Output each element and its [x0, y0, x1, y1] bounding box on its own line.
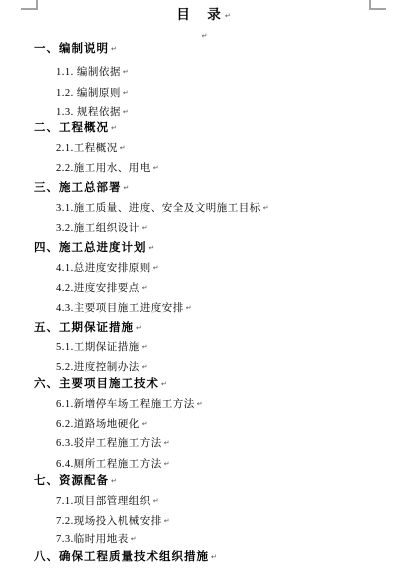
item-text: 1.2. 编制原则 [56, 88, 121, 99]
item-text: 5.2.进度控制办法 [56, 362, 140, 373]
paragraph-mark-icon: ↵ [111, 45, 117, 53]
item-text: 2.2.施工用水、用电 [56, 163, 151, 174]
paragraph-mark-icon: ↵ [123, 108, 129, 116]
heading-text: 八、确保工程质量技术组织措施 [34, 551, 209, 563]
paragraph-mark-icon: ↵ [164, 517, 170, 525]
toc-section-heading-8: 八、确保工程质量技术组织措施↵ [34, 551, 217, 564]
item-text: 7.2.现场投入机械安排 [56, 516, 162, 527]
item-text: 5.1.工期保证措施 [56, 342, 140, 353]
item-text: 6.2.道路场地硬化 [56, 419, 140, 430]
toc-item-7-1: 7.1.项目部管理组织↵ [56, 495, 159, 508]
paragraph-mark-icon: ↵ [153, 164, 159, 172]
toc-section-heading-5: 五、工期保证措施↵ [34, 322, 142, 335]
paragraph-mark-icon: ↵ [131, 535, 137, 543]
item-text: 6.4.厕所工程施工方法 [56, 459, 162, 470]
heading-text: 一、编制说明 [34, 43, 109, 55]
toc-item-7-2: 7.2.现场投入机械安排↵ [56, 515, 170, 528]
toc-item-6-1: 6.1.新增停车场工程施工方法↵ [56, 398, 203, 411]
item-text: 1.3. 规程依据 [56, 107, 121, 118]
toc-item-5-1: 5.1.工期保证措施↵ [56, 341, 148, 354]
document-page: 目 录↵ ↵ 一、编制说明↵ 1.1. 编制依据↵ 1.2. 编制原则↵ 1.3… [0, 0, 407, 577]
heading-text: 二、工程概况 [34, 122, 109, 134]
paragraph-mark-icon: ↵ [124, 184, 130, 192]
heading-text: 三、施工总部署 [34, 182, 122, 194]
paragraph-mark-icon: ↵ [136, 324, 142, 332]
toc-item-1-2: 1.2. 编制原则↵ [56, 87, 129, 100]
toc-section-heading-7: 七、资源配备↵ [34, 475, 117, 488]
toc-item-2-2: 2.2.施工用水、用电↵ [56, 162, 159, 175]
paragraph-mark-icon: ↵ [197, 400, 203, 408]
toc-section-heading-2: 二、工程概况↵ [34, 122, 117, 135]
item-text: 7.1.项目部管理组织 [56, 496, 151, 507]
empty-paragraph: ↵ [0, 28, 407, 43]
paragraph-mark-icon: ↵ [142, 420, 148, 428]
toc-item-6-4: 6.4.厕所工程施工方法↵ [56, 458, 170, 471]
toc-section-heading-3: 三、施工总部署↵ [34, 182, 129, 195]
item-text: 2.1.工程概况 [56, 143, 118, 154]
paragraph-mark-icon: ↵ [164, 460, 170, 468]
paragraph-mark-icon: ↵ [123, 68, 129, 76]
toc-item-5-2: 5.2.进度控制办法↵ [56, 361, 148, 374]
paragraph-mark-icon: ↵ [186, 304, 192, 312]
paragraph-mark-icon: ↵ [142, 343, 148, 351]
item-text: 4.3.主要项目施工进度安排 [56, 303, 184, 314]
paragraph-mark-icon: ↵ [142, 363, 148, 371]
paragraph-mark-icon: ↵ [225, 12, 231, 20]
toc-item-6-2: 6.2.道路场地硬化↵ [56, 418, 148, 431]
toc-item-1-1: 1.1. 编制依据↵ [56, 66, 129, 79]
paragraph-mark-icon: ↵ [142, 284, 148, 292]
heading-text: 四、施工总进度计划 [34, 242, 147, 254]
toc-section-heading-6: 六、主要项目施工技术↵ [34, 378, 167, 391]
toc-item-4-3: 4.3.主要项目施工进度安排↵ [56, 302, 192, 315]
paragraph-mark-icon: ↵ [211, 553, 217, 561]
paragraph-mark-icon: ↵ [120, 144, 126, 152]
page-title-text: 目 录 [176, 7, 223, 22]
paragraph-mark-icon: ↵ [111, 124, 117, 132]
paragraph-mark-icon: ↵ [161, 380, 167, 388]
heading-text: 六、主要项目施工技术 [34, 378, 159, 390]
item-text: 1.1. 编制依据 [56, 67, 121, 78]
item-text: 3.2.施工组织设计 [56, 223, 140, 234]
toc-section-heading-4: 四、施工总进度计划↵ [34, 242, 154, 255]
item-text: 3.1.施工质量、进度、安全及文明施工目标 [56, 203, 261, 214]
toc-item-4-2: 4.2.进度安排要点↵ [56, 282, 148, 295]
item-text: 4.1.总进度安排原则 [56, 263, 151, 274]
toc-item-4-1: 4.1.总进度安排原则↵ [56, 262, 159, 275]
paragraph-mark-icon: ↵ [111, 477, 117, 485]
paragraph-mark-icon: ↵ [149, 244, 155, 252]
item-text: 7.3.临时用地表 [56, 534, 129, 545]
toc-item-3-2: 3.2.施工组织设计↵ [56, 222, 148, 235]
item-text: 6.3.驳岸工程施工方法 [56, 438, 162, 449]
paragraph-mark-icon: ↵ [164, 439, 170, 447]
heading-text: 五、工期保证措施 [34, 322, 134, 334]
toc-item-3-1: 3.1.施工质量、进度、安全及文明施工目标↵ [56, 202, 269, 215]
toc-item-7-3: 7.3.临时用地表↵ [56, 533, 137, 546]
item-text: 4.2.进度安排要点 [56, 283, 140, 294]
toc-item-2-1: 2.1.工程概况↵ [56, 142, 126, 155]
page-title: 目 录↵ [0, 8, 407, 23]
toc-item-1-3: 1.3. 规程依据↵ [56, 106, 129, 119]
paragraph-mark-icon: ↵ [142, 224, 148, 232]
toc-section-heading-1: 一、编制说明↵ [34, 43, 117, 56]
paragraph-mark-icon: ↵ [263, 204, 269, 212]
toc-item-6-3: 6.3.驳岸工程施工方法↵ [56, 437, 170, 450]
paragraph-mark-icon: ↵ [153, 264, 159, 272]
paragraph-mark-icon: ↵ [123, 89, 129, 97]
heading-text: 七、资源配备 [34, 475, 109, 487]
paragraph-mark-icon: ↵ [153, 497, 159, 505]
paragraph-mark-icon: ↵ [202, 32, 208, 40]
item-text: 6.1.新增停车场工程施工方法 [56, 399, 195, 410]
